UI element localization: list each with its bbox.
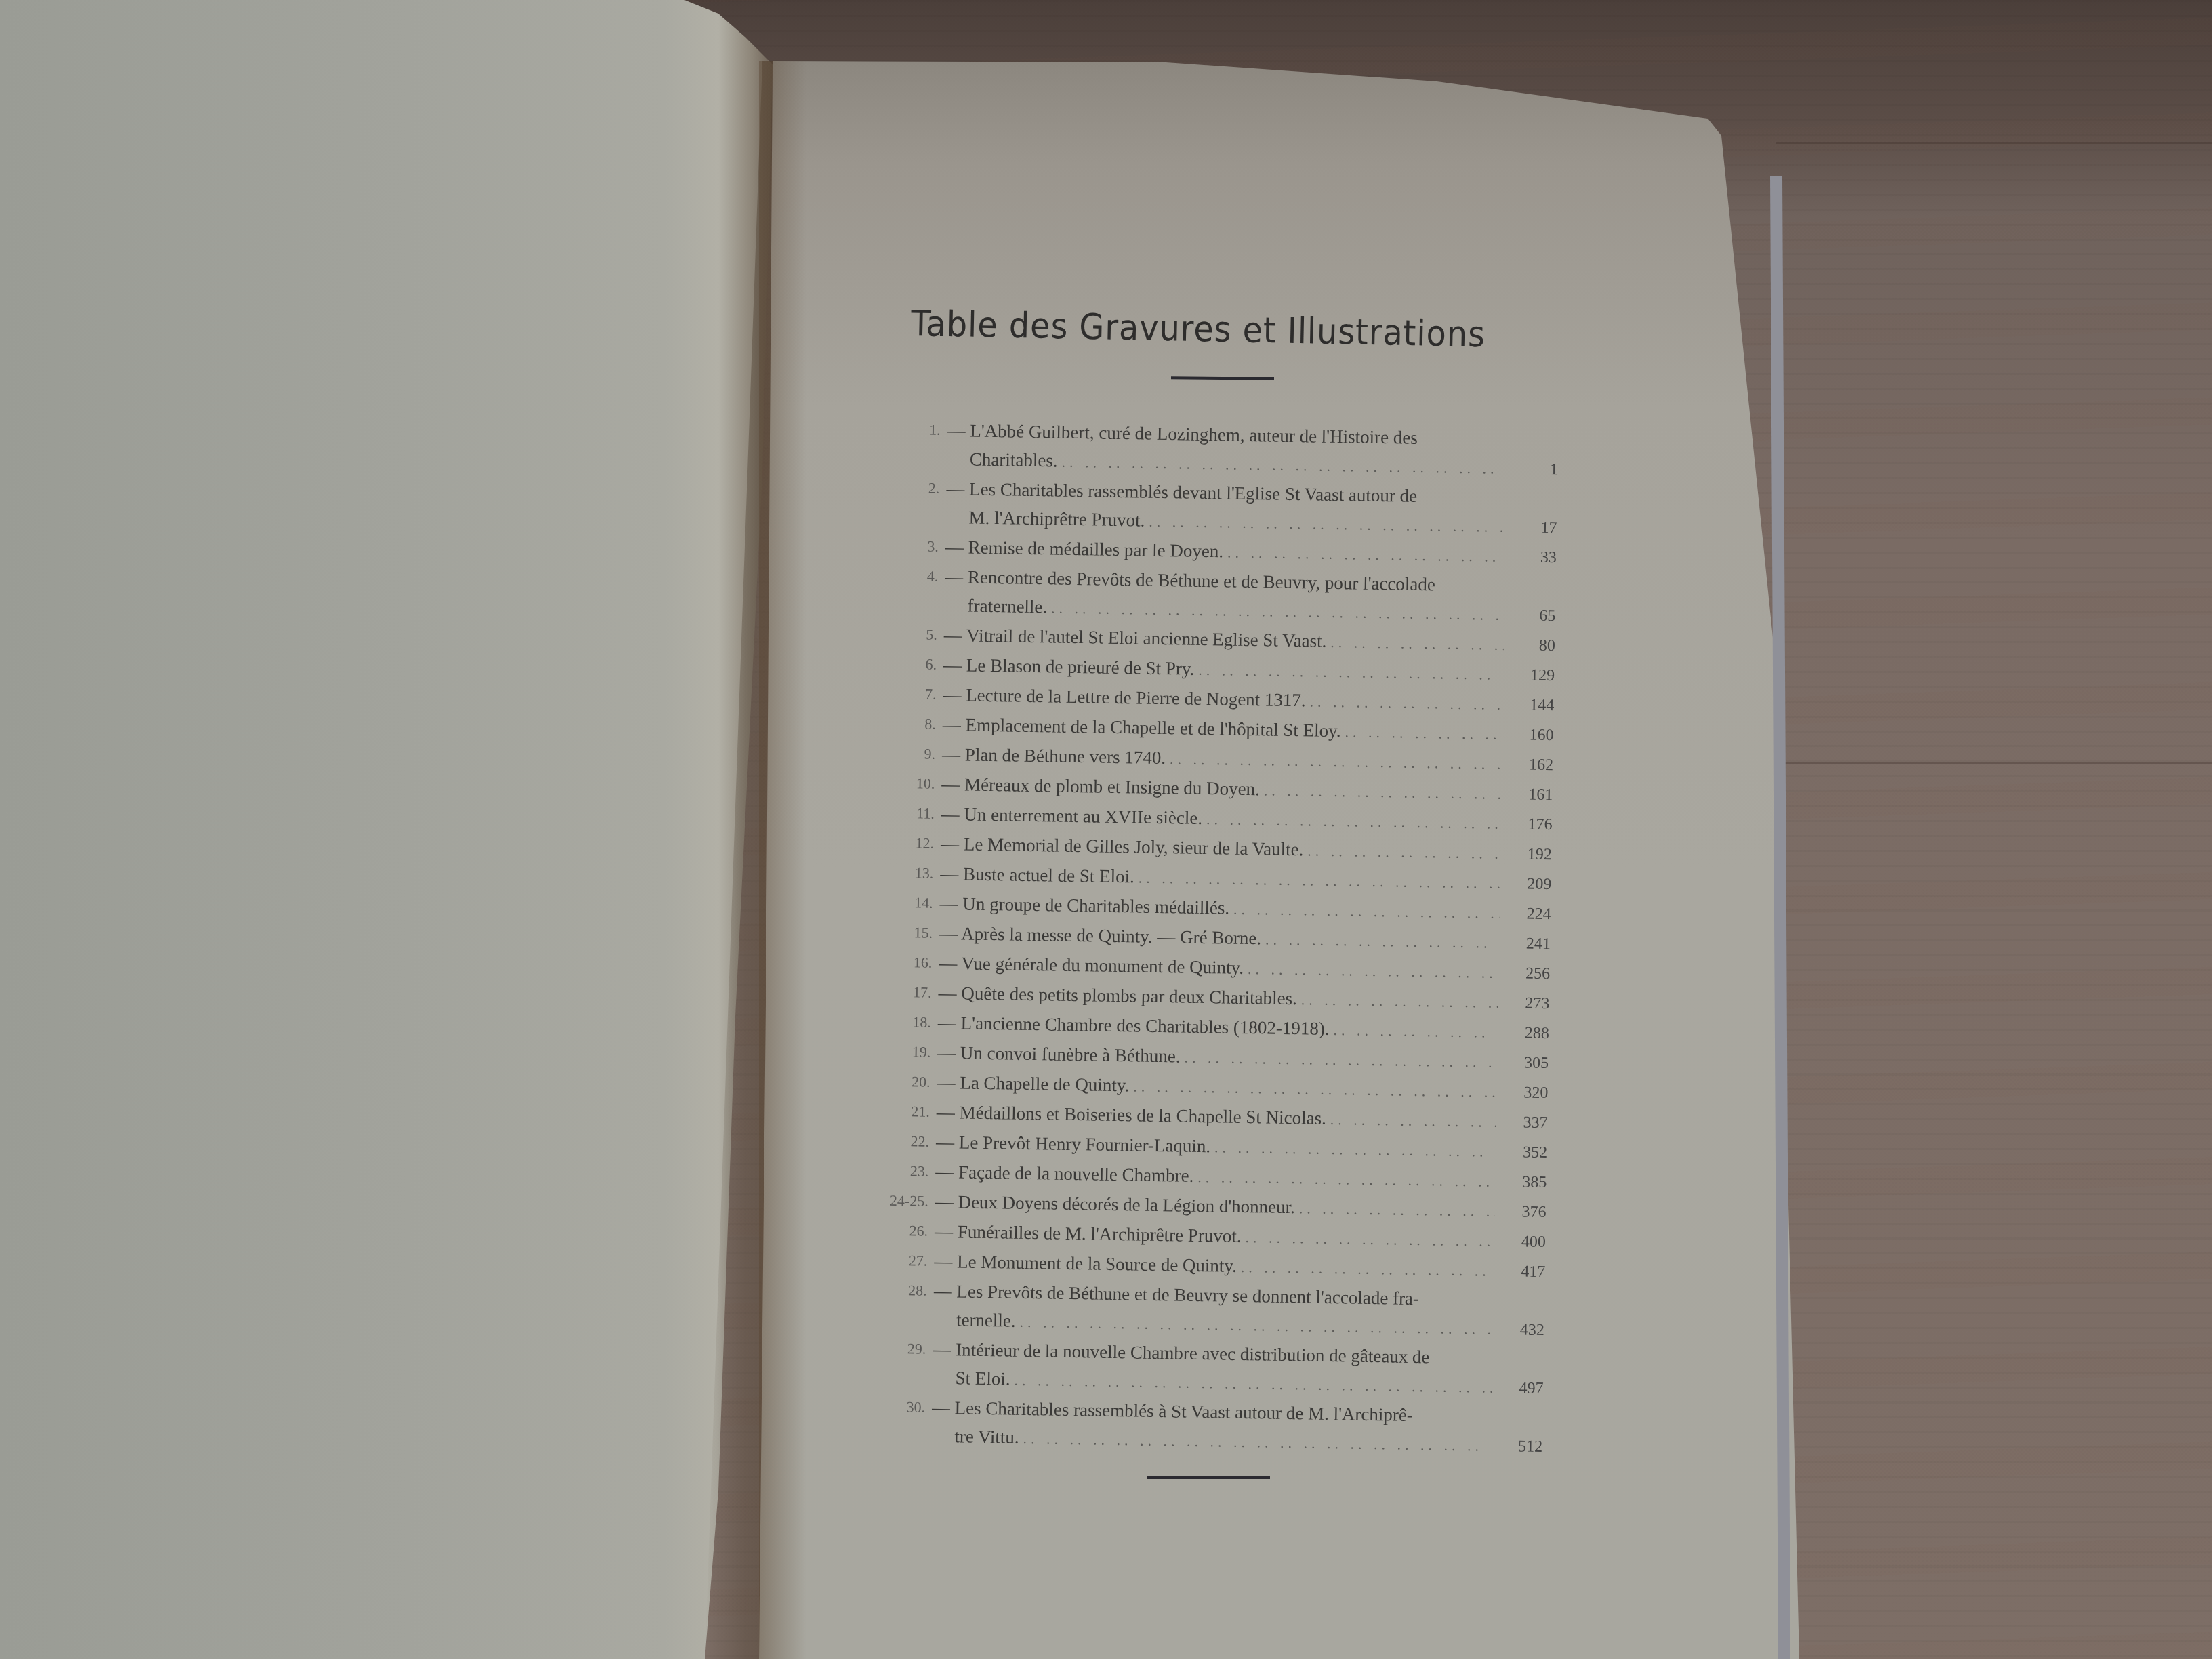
- entry-caption-text: Quête des petits plombs par deux Charita…: [961, 983, 1297, 1008]
- dot-leader: .. .. .. .. .. .. .. .. .. .. .. .. .. .…: [1214, 1133, 1496, 1166]
- em-dash: —: [935, 1162, 954, 1182]
- entry-number: 12.: [854, 828, 935, 858]
- page-number: 288: [1501, 1019, 1549, 1048]
- entry-caption-end: — Quête des petits plombs par deux Chari…: [938, 979, 1297, 1012]
- em-dash: —: [944, 625, 962, 645]
- entry-caption-end: — Méreaux de plomb et Insigne du Doyen.: [941, 770, 1260, 803]
- entry-number: 15.: [853, 918, 933, 947]
- entry-caption-text: Plan de Béthune vers 1740.: [965, 744, 1166, 768]
- em-dash: —: [943, 655, 962, 675]
- entry-number: 1.: [860, 415, 941, 445]
- entry-number: 3.: [859, 531, 939, 561]
- dot-leader: .. .. .. .. .. .. .. .. .. .. .. .. .. .…: [1330, 628, 1504, 659]
- entry-number: 17.: [851, 977, 932, 1007]
- entry-caption: Les Charitables rassemblés à St Vaast au…: [955, 1397, 1414, 1425]
- dot-leader: .. .. .. .. .. .. .. .. .. .. .. .. .. .…: [1206, 805, 1501, 838]
- entry-caption-text: Funérailles de M. l'Archiprêtre Pruvot.: [958, 1221, 1242, 1246]
- page-number: 65: [1508, 601, 1556, 630]
- page-number: 497: [1496, 1374, 1544, 1403]
- entry-caption-end: — Un enterrement au XVIIe siècle.: [941, 800, 1202, 832]
- dot-leader: .. .. .. .. .. .. .. .. .. .. .. .. .. .…: [1198, 656, 1503, 689]
- dot-leader: .. .. .. .. .. .. .. .. .. .. .. .. .. .…: [1265, 925, 1499, 957]
- page-number: 337: [1500, 1108, 1548, 1137]
- entry-body: — L'Abbé Guilbert, curé de Lozinghem, au…: [947, 416, 1559, 484]
- entry-body: — Les Charitables rassemblés devant l'Eg…: [945, 474, 1557, 542]
- entry-caption-end: — Vitrail de l'autel St Eloi ancienne Eg…: [944, 621, 1327, 655]
- entry-caption-text: Emplacement de la Chapelle et de l'hôpit…: [965, 714, 1341, 741]
- page-number: 352: [1500, 1138, 1548, 1167]
- page-number: 432: [1497, 1315, 1545, 1345]
- entry-caption-end: tre Vittu.: [954, 1422, 1019, 1451]
- entry-number: 18.: [851, 1007, 932, 1037]
- dot-leader: .. .. .. .. .. .. .. .. .. .. .. .. .. .…: [1263, 776, 1501, 808]
- entry-number: 11.: [854, 798, 935, 828]
- toc-entry: 1.— L'Abbé Guilbert, curé de Lozinghem, …: [860, 415, 1559, 484]
- entry-caption-text: Après la messe de Quinty. — Gré Borne.: [961, 923, 1261, 948]
- entry-caption-text: Vitrail de l'autel St Eloi ancienne Egli…: [966, 625, 1327, 651]
- left-blank-page: [0, 0, 773, 1659]
- page-number: 17: [1509, 513, 1557, 542]
- dot-leader: .. .. .. .. .. .. .. .. .. .. .. .. .. .…: [1333, 1016, 1498, 1047]
- page-number: 176: [1504, 810, 1553, 839]
- page-number: 385: [1499, 1168, 1547, 1197]
- em-dash: —: [943, 714, 961, 735]
- dot-leader: .. .. .. .. .. .. .. .. .. .. .. .. .. .…: [1248, 955, 1499, 987]
- entry-caption-end: — Lecture de la Lettre de Pierre de Noge…: [943, 680, 1306, 714]
- entry-caption-end: — L'ancienne Chambre des Charitables (18…: [938, 1008, 1330, 1043]
- entry-caption-end: — Un convoi funèbre à Béthune.: [937, 1038, 1181, 1071]
- entry-body: — Les Prevôts de Béthune et de Beuvry se…: [933, 1277, 1545, 1345]
- wood-plank-seam: [1776, 762, 2212, 764]
- em-dash: —: [935, 1191, 954, 1212]
- entry-caption-text: ternelle.: [956, 1309, 1016, 1330]
- entry-number: 16.: [852, 947, 933, 977]
- toc-entry: 28.— Les Prevôts de Béthune et de Beuvry…: [846, 1275, 1545, 1345]
- entry-number: 4.: [858, 561, 939, 591]
- entry-caption-text: St Eloi.: [955, 1368, 1010, 1389]
- entry-caption-text: Un convoi funèbre à Béthune.: [960, 1042, 1181, 1066]
- em-dash: —: [935, 1221, 953, 1242]
- dot-leader: .. .. .. .. .. .. .. .. .. .. .. .. .. .…: [1330, 1105, 1496, 1136]
- entry-body: — Rencontre des Prevôts de Béthune et de…: [944, 562, 1556, 630]
- entry-caption-text: Façade de la nouvelle Chambre.: [958, 1162, 1194, 1185]
- entry-number: 2.: [859, 473, 940, 503]
- entry-caption-end: — Le Monument de la Source de Quinty.: [934, 1247, 1237, 1280]
- em-dash: —: [937, 1042, 956, 1063]
- page-number: 80: [1507, 631, 1555, 660]
- entry-caption-end: M. l'Archiprêtre Pruvot.: [968, 504, 1145, 535]
- em-dash: —: [940, 863, 958, 884]
- em-dash: —: [942, 744, 960, 764]
- entry-number: 24-25.: [848, 1186, 928, 1216]
- entry-number: 7.: [856, 679, 937, 709]
- entry-number: 5.: [857, 619, 938, 649]
- entry-number: 13.: [853, 858, 934, 888]
- dot-leader: .. .. .. .. .. .. .. .. .. .. .. .. .. .…: [1184, 1044, 1497, 1077]
- em-dash: —: [937, 1072, 955, 1092]
- dot-leader: .. .. .. .. .. .. .. .. .. .. .. .. .. .…: [1197, 1163, 1496, 1196]
- entry-caption-end: — Le Blason de prieuré de St Pry.: [943, 651, 1195, 683]
- em-dash: —: [939, 893, 958, 914]
- em-dash: —: [936, 1132, 954, 1152]
- end-rule: [1147, 1476, 1270, 1479]
- entry-number: 6.: [857, 649, 937, 679]
- entry-body: — Intérieur de la nouvelle Chambre avec …: [932, 1335, 1544, 1403]
- toc-entry: 2.— Les Charitables rassemblés devant l'…: [859, 473, 1557, 542]
- entry-caption-text: Le Prevôt Henry Fournier-Laquin.: [959, 1132, 1211, 1156]
- entry-caption-text: L'ancienne Chambre des Charitables (1802…: [960, 1012, 1329, 1039]
- entry-caption-text: fraternelle.: [967, 596, 1047, 617]
- em-dash: —: [945, 567, 963, 587]
- entry-number: 8.: [856, 709, 937, 739]
- em-dash: —: [941, 834, 959, 854]
- page-number: 376: [1498, 1197, 1547, 1227]
- page-number: 144: [1507, 691, 1555, 720]
- em-dash: —: [937, 1102, 955, 1122]
- entry-caption-end: — Vue générale du monument de Quinty.: [939, 949, 1244, 982]
- entry-caption-end: — La Chapelle de Quinty.: [937, 1068, 1130, 1099]
- entry-caption-text: Médaillons et Boiseries de la Chapelle S…: [959, 1102, 1326, 1128]
- entry-caption-text: Le Blason de prieuré de St Pry.: [966, 655, 1195, 678]
- entry-caption: Intérieur de la nouvelle Chambre avec di…: [956, 1339, 1430, 1367]
- entry-caption-end: St Eloi.: [955, 1364, 1010, 1393]
- entry-caption-end: fraternelle.: [967, 592, 1047, 621]
- page-number: 305: [1501, 1048, 1549, 1078]
- entry-caption-end: Charitables.: [970, 445, 1058, 475]
- entry-caption-end: — Après la messe de Quinty. — Gré Borne.: [939, 919, 1262, 952]
- dot-leader: .. .. .. .. .. .. .. .. .. .. .. .. .. .…: [1307, 836, 1500, 867]
- page-number: 33: [1509, 543, 1557, 572]
- entry-caption-text: Buste actuel de St Eloi.: [963, 863, 1134, 886]
- entry-caption-end: — Plan de Béthune vers 1740.: [942, 740, 1166, 772]
- entry-number: 30.: [845, 1392, 926, 1422]
- page-number: 1: [1511, 455, 1559, 484]
- page-number: 512: [1495, 1432, 1543, 1461]
- entry-number: 9.: [855, 739, 936, 769]
- entry-caption-end: — Buste actuel de St Eloi.: [940, 859, 1134, 890]
- em-dash: —: [941, 774, 960, 794]
- entry-number: 21.: [850, 1097, 930, 1126]
- entry-caption-text: Méreaux de plomb et Insigne du Doyen.: [964, 774, 1260, 799]
- dot-leader: .. .. .. .. .. .. .. .. .. .. .. .. .. .…: [1233, 895, 1500, 928]
- page-number: 161: [1505, 780, 1553, 809]
- entry-number: 22.: [849, 1126, 930, 1156]
- entry-number: 23.: [848, 1156, 929, 1186]
- page-number: 400: [1498, 1227, 1547, 1256]
- entry-caption-text: La Chapelle de Quinty.: [960, 1072, 1130, 1095]
- em-dash: —: [938, 1012, 956, 1033]
- entry-caption-text: Lecture de la Lettre de Pierre de Nogent…: [966, 684, 1306, 710]
- entry-caption-text: tre Vittu.: [954, 1426, 1019, 1447]
- gutter-shadow: [759, 61, 806, 1659]
- entry-caption-end: — Emplacement de la Chapelle et de l'hôp…: [943, 710, 1342, 745]
- entry-caption-end: — Un groupe de Charitables médaillés.: [939, 889, 1229, 922]
- entry-caption-end: — Funérailles de M. l'Archiprêtre Pruvot…: [935, 1217, 1242, 1250]
- entry-caption-text: Remise de médailles par le Doyen.: [968, 537, 1223, 562]
- entry-number: 26.: [848, 1216, 928, 1246]
- em-dash: —: [943, 684, 961, 705]
- dot-leader: .. .. .. .. .. .. .. .. .. .. .. .. .. .…: [1241, 1253, 1494, 1286]
- page-number: 209: [1504, 869, 1552, 899]
- dot-leader: .. .. .. .. .. .. .. .. .. .. .. .. .. .…: [1245, 1223, 1494, 1256]
- entry-caption-end: — Remise de médailles par le Doyen.: [945, 533, 1224, 565]
- entry-caption-end: — Le Prevôt Henry Fournier-Laquin.: [936, 1128, 1211, 1160]
- entry-caption-text: Un enterrement au XVIIe siècle.: [964, 804, 1202, 828]
- entry-caption-text: Vue générale du monument de Quinty.: [961, 953, 1244, 978]
- dot-leader: .. .. .. .. .. .. .. .. .. .. .. .. .. .…: [1301, 985, 1498, 1017]
- entry-caption: Les Charitables rassemblés devant l'Egli…: [969, 479, 1418, 506]
- page-number: 162: [1506, 750, 1554, 779]
- entry-caption-end: — Façade de la nouvelle Chambre.: [935, 1158, 1193, 1190]
- entry-caption-text: Un groupe de Charitables médaillés.: [962, 893, 1229, 918]
- page-number: 273: [1502, 989, 1550, 1018]
- entry-body: — Les Charitables rassemblés à St Vaast …: [931, 1393, 1543, 1461]
- em-dash: —: [933, 1281, 951, 1301]
- entry-caption-text: Le Monument de la Source de Quinty.: [957, 1251, 1237, 1275]
- page-number: 160: [1506, 720, 1554, 750]
- dot-leader: .. .. .. .. .. .. .. .. .. .. .. .. .. .…: [1227, 539, 1505, 571]
- wood-plank-seam: [1776, 142, 2212, 144]
- entry-caption-end: — Deux Doyens décorés de la Légion d'hon…: [935, 1187, 1295, 1221]
- entry-caption-text: Deux Doyens décorés de la Légion d'honne…: [958, 1191, 1295, 1217]
- em-dash: —: [947, 420, 965, 441]
- em-dash: —: [946, 478, 964, 499]
- em-dash: —: [939, 923, 958, 943]
- page-number: 320: [1500, 1078, 1549, 1107]
- entry-number: 27.: [847, 1246, 928, 1275]
- em-dash: —: [933, 1339, 951, 1359]
- entry-number: 19.: [851, 1037, 931, 1067]
- toc-entry: 30.— Les Charitables rassemblés à St Vaa…: [844, 1392, 1543, 1461]
- entry-number: 14.: [853, 888, 933, 918]
- entry-caption-text: Charitables.: [970, 449, 1058, 471]
- page-number: 129: [1507, 661, 1555, 690]
- entry-caption: Les Prevôts de Béthune et de Beuvry se d…: [956, 1281, 1419, 1309]
- em-dash: —: [945, 537, 964, 557]
- em-dash: —: [932, 1397, 950, 1418]
- page-number: 417: [1498, 1257, 1546, 1286]
- page-number: 224: [1503, 899, 1551, 928]
- entry-number: 10.: [855, 769, 935, 798]
- dot-leader: .. .. .. .. .. .. .. .. .. .. .. .. .. .…: [1345, 718, 1502, 749]
- entry-caption-end: ternelle.: [956, 1305, 1016, 1334]
- toc-entry: 4.— Rencontre des Prevôts de Béthune et …: [857, 561, 1556, 630]
- entry-caption-text: Le Memorial de Gilles Joly, sieur de la …: [964, 834, 1304, 859]
- page-number: 192: [1504, 840, 1553, 869]
- entry-number: 20.: [850, 1067, 930, 1097]
- dot-leader: .. .. .. .. .. .. .. .. .. .. .. .. .. .…: [1299, 1194, 1495, 1226]
- entry-caption: L'Abbé Guilbert, curé de Lozinghem, aute…: [970, 421, 1418, 448]
- em-dash: —: [939, 953, 957, 973]
- entry-caption: Rencontre des Prevôts de Béthune et de B…: [968, 567, 1435, 595]
- illustrations-table: 1.— L'Abbé Guilbert, curé de Lozinghem, …: [844, 415, 1559, 1461]
- em-dash: —: [934, 1251, 952, 1271]
- entry-number: 29.: [846, 1334, 926, 1364]
- entry-caption-end: — Le Memorial de Gilles Joly, sieur de l…: [941, 829, 1304, 863]
- page-number: 256: [1502, 959, 1551, 988]
- dot-leader: .. .. .. .. .. .. .. .. .. .. .. .. .. .…: [1309, 687, 1502, 718]
- em-dash: —: [938, 983, 956, 1003]
- toc-entry: 29.— Intérieur de la nouvelle Chambre av…: [845, 1334, 1544, 1403]
- entry-caption-end: — Médaillons et Boiseries de la Chapelle…: [937, 1098, 1327, 1132]
- page-number: 241: [1503, 929, 1551, 958]
- entry-caption-text: M. l'Archiprêtre Pruvot.: [968, 508, 1145, 531]
- em-dash: —: [941, 804, 960, 824]
- entry-number: 28.: [846, 1275, 927, 1305]
